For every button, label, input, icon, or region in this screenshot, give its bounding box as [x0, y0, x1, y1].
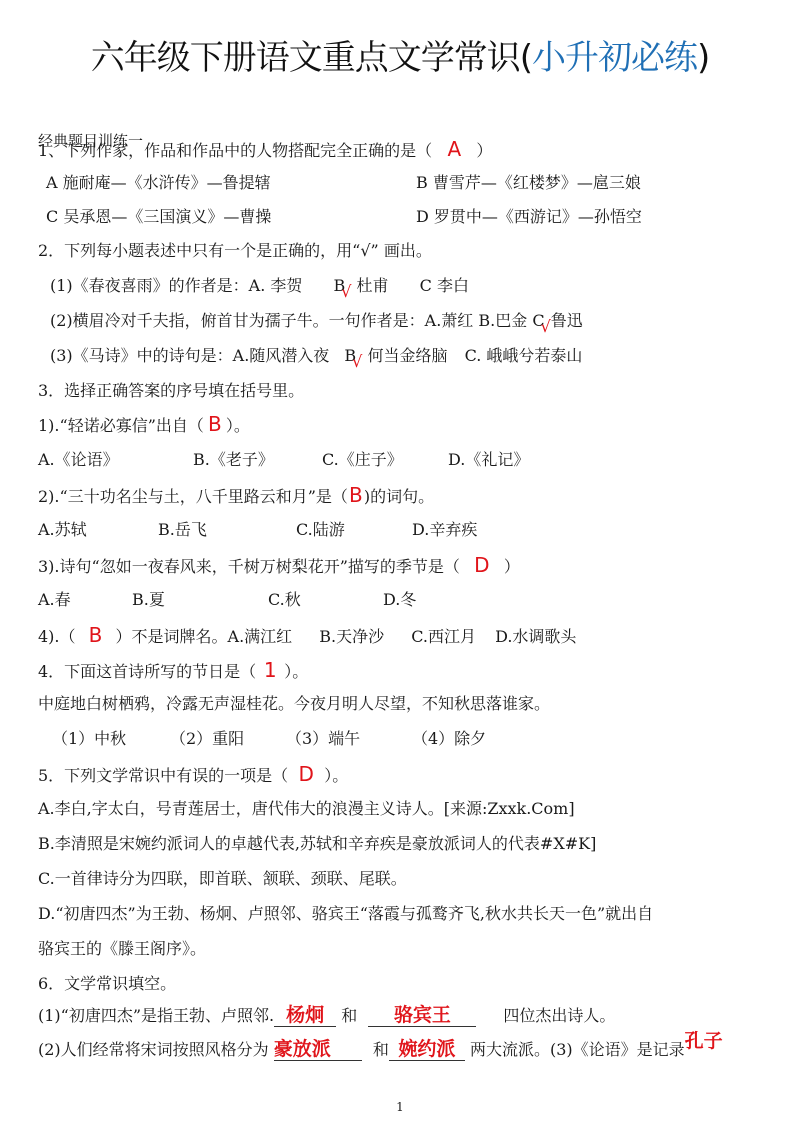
question-3-sub-2: 2).“三十功名尘与土，八千里路云和月”是（B)的词句。 — [38, 484, 434, 508]
question-3-sub-3: 3).诗句“忽如一夜春风来，千树万树梨花开”描写的季节是（D） — [38, 554, 520, 578]
answer-mark: A — [437, 138, 471, 160]
question-5-option-d-cont: 骆宾王的《滕王阁序》。 — [38, 938, 206, 960]
question-1-stem: 1、下列作家，作品和作品中的人物搭配完全正确的是（ A ） — [38, 138, 492, 162]
fill-blank[interactable]: 杨炯 — [274, 1004, 336, 1027]
question-2-item-3: (3)《马诗》中的诗句是：A.随风潜入夜 B√ 何当金络脑 C. 峨峨兮若泰山 — [50, 345, 582, 367]
fill-blank[interactable]: 豪放派 — [274, 1038, 362, 1061]
fill-blank[interactable]: 婉约派 — [389, 1038, 465, 1061]
answer-mark: B — [76, 624, 116, 646]
question-5-stem: 5．下列文学常识中有误的一项是（D）。 — [38, 763, 348, 787]
page-number: 1 — [0, 1100, 800, 1114]
fill-blank[interactable]: 孔子 — [685, 1030, 721, 1052]
question-1-option-c: C 吴承恩—《三国演义》—曹操 — [46, 206, 271, 228]
answer-mark: B — [204, 413, 226, 435]
question-5-option-d: D.“初唐四杰”为王勃、杨炯、卢照邻、骆宾王“落霞与孤鹜齐飞,秋水共长天一色”就… — [38, 903, 653, 925]
question-3-stem: 3．选择正确答案的序号填在括号里。 — [38, 380, 304, 402]
question-3-sub-4: 4).（B）不是词牌名。A.满江红 B.天净沙 C.西江月 D.水调歌头 — [38, 624, 576, 648]
answer-mark: D — [288, 763, 324, 785]
question-5-option-c: C.一首律诗分为四联，即首联、颔联、颈联、尾联。 — [38, 868, 407, 890]
answer-mark: D — [460, 554, 504, 576]
question-3-sub-1: 1).“轻诺必寡信”出自（B）。 — [38, 413, 250, 437]
question-1-option-b: B 曹雪芹—《红楼梦》—扈三娘 — [416, 172, 641, 194]
question-6-line-1: (1)“初唐四杰”是指王勃、卢照邻.杨炯 和 骆宾王 四位杰出诗人。 — [38, 1004, 615, 1027]
page-title: 六年级下册语文重点文学常识(小升初必练) — [0, 30, 800, 79]
question-4-stem: 4．下面这首诗所写的节日是（1）。 — [38, 659, 308, 683]
check-mark-icon: √ — [541, 317, 551, 336]
answer-mark: B — [348, 484, 364, 506]
question-6-line-2: (2)人们经常将宋词按照风格分为 豪放派 和婉约派 两大流派。(3)《论语》是记… — [38, 1038, 721, 1061]
title-main: 六年级下册语文重点文学常识( — [91, 38, 532, 78]
fill-blank[interactable]: 骆宾王 — [368, 1004, 476, 1027]
answer-mark: 1 — [256, 659, 284, 681]
question-1-option-d: D 罗贯中—《西游记》—孙悟空 — [416, 206, 642, 228]
question-5-option-a: A.李白,字太白，号青莲居士，唐代伟大的浪漫主义诗人。[来源:Zxxk.Com] — [38, 798, 575, 820]
question-2-stem: 2．下列每小题表述中只有一个是正确的，用“√” 画出。 — [38, 240, 432, 262]
question-2-item-1: (1)《春夜喜雨》的作者是：A. 李贺 B√ 杜甫 C 李白 — [50, 275, 469, 297]
check-mark-icon: √ — [341, 282, 351, 301]
question-4-poem: 中庭地白树栖鸦，冷露无声湿桂花。今夜月明人尽望，不知秋思落谁家。 — [38, 693, 550, 715]
check-mark-icon: √ — [352, 352, 362, 371]
title-close: ) — [697, 38, 709, 78]
question-5-option-b: B.李清照是宋婉约派词人的卓越代表,苏轼和辛弃疾是豪放派词人的代表#X#K] — [38, 833, 596, 855]
question-1-option-a: A 施耐庵—《水浒传》—鲁提辖 — [46, 172, 271, 194]
question-2-item-2: (2)横眉冷对千夫指，俯首甘为孺子牛。一句作者是：A.萧红 B.巴金 C√鲁迅 — [50, 310, 583, 332]
title-highlight: 小升初必练 — [532, 38, 697, 78]
question-6-stem: 6．文学常识填空。 — [38, 973, 176, 995]
